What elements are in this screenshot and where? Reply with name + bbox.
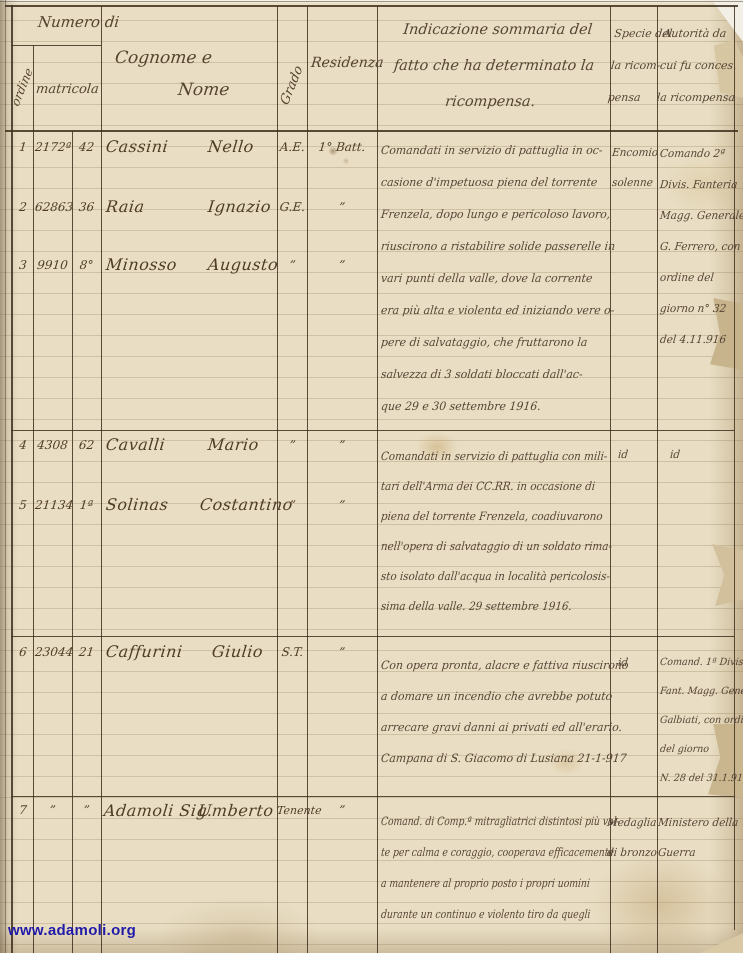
grid-line <box>101 6 102 953</box>
header-nome: Nome <box>177 80 230 100</box>
row-grado: ” <box>278 438 306 452</box>
row-nome: Giulio <box>211 642 264 661</box>
row-numero: 1ª <box>72 498 100 512</box>
row-nome: Ignazio <box>207 197 272 216</box>
row-numero: 21 <box>72 645 100 659</box>
entry-autorita: id <box>670 440 730 470</box>
torn-edge-bottom-right <box>700 928 743 953</box>
row-numero: 36 <box>72 200 100 214</box>
row-residenza: ” <box>308 803 375 817</box>
entry-autorita: Comando 2ª Divis. Fanteria Magg. General… <box>660 138 734 355</box>
row-residenza: ” <box>308 498 375 512</box>
row-ordine: 6 <box>13 645 32 659</box>
row-numero: 62 <box>72 438 100 452</box>
row-ordine: 3 <box>13 258 32 272</box>
grid-line <box>5 5 738 7</box>
row-matricola: 4308 <box>34 438 70 452</box>
row-numero: 42 <box>72 140 100 154</box>
row-numero: ” <box>72 803 100 817</box>
row-matricola: 9910 <box>34 258 70 272</box>
watermark-adamoli: www.adamoli.org <box>8 922 136 939</box>
row-matricola: 23044 <box>34 645 70 659</box>
entry-specie: id <box>618 648 656 678</box>
row-nome: Umberto <box>197 801 275 820</box>
grid-line <box>11 796 734 797</box>
row-cognome: Cassini <box>105 137 169 156</box>
row-ordine: 2 <box>13 200 32 214</box>
row-nome: Nello <box>207 137 255 156</box>
row-grado: A.E. <box>278 140 306 154</box>
row-nome: Augusto <box>207 255 279 274</box>
scanned-register-page: Numero di ordine matricola Cognome e Nom… <box>0 0 743 953</box>
header-cognome: Cognome e <box>114 48 213 68</box>
row-numero: 8° <box>72 258 100 272</box>
entry-autorita: Comand. 1ª Divis. Fant. Magg. Generale G… <box>660 648 734 793</box>
entry-text: Comand. di Comp.ª mitragliatrici distint… <box>381 806 609 930</box>
row-ordine: 7 <box>13 803 32 817</box>
grid-line <box>0 1 743 2</box>
grid-line <box>11 45 101 46</box>
grid-line <box>734 6 735 930</box>
header-numero-di: Numero di <box>37 13 120 31</box>
header-indicazione: Indicazione sommaria del fatto che ha de… <box>375 12 612 120</box>
entry-autorita: Ministero della Guerra <box>658 808 736 868</box>
entry-text: Comandati in servizio di pattuglia con m… <box>381 441 609 621</box>
row-cognome: Cavalli <box>105 435 166 454</box>
row-residenza: ” <box>308 200 375 214</box>
entry-specie: id <box>618 440 656 470</box>
row-ordine: 4 <box>13 438 32 452</box>
header-autorita: Autorità da cui fu conces. la ricompensa <box>655 18 739 114</box>
entry-text: Comandati in servizio di pattuglia in oc… <box>381 134 609 422</box>
row-grado: ” <box>278 258 306 272</box>
row-cognome: Caffurini <box>105 642 184 661</box>
row-residenza: ” <box>308 258 375 272</box>
row-grado: S.T. <box>278 645 306 659</box>
grid-line <box>5 130 738 132</box>
row-ordine: 1 <box>13 140 32 154</box>
header-matricola: matricola <box>35 82 99 97</box>
header-residenza: Residenza <box>310 55 384 71</box>
row-matricola: 21134 <box>34 498 70 512</box>
row-matricola: 62863 <box>34 200 70 214</box>
row-residenza: 1° Batt. <box>308 140 375 154</box>
grid-line <box>11 5 13 953</box>
entry-text: Con opera pronta, alacre e fattiva riusc… <box>381 650 609 774</box>
row-cognome: Solinas <box>105 495 169 514</box>
row-residenza: ” <box>308 645 375 659</box>
row-matricola: 2172ª <box>34 140 70 154</box>
entry-specie: Encomio solenne <box>612 138 656 198</box>
row-cognome: Minosso <box>105 255 178 274</box>
grid-line <box>377 6 378 953</box>
row-nome: Mario <box>207 435 260 454</box>
row-residenza: ” <box>308 438 375 452</box>
grid-line <box>11 636 734 637</box>
row-matricola: ” <box>34 803 70 817</box>
torn-edge <box>712 544 743 606</box>
row-cognome: Raia <box>105 197 146 216</box>
grid-line <box>72 131 73 953</box>
grid-line <box>11 430 734 431</box>
entry-specie: Medaglia di bronzo <box>607 808 657 868</box>
row-grado: G.E. <box>278 200 306 214</box>
row-grado: ” <box>278 498 306 512</box>
grid-line <box>5 0 6 953</box>
header-specie: Specie del la ricom- pensa <box>606 18 661 114</box>
row-ordine: 5 <box>13 498 32 512</box>
row-grado: Tenente <box>276 804 307 817</box>
